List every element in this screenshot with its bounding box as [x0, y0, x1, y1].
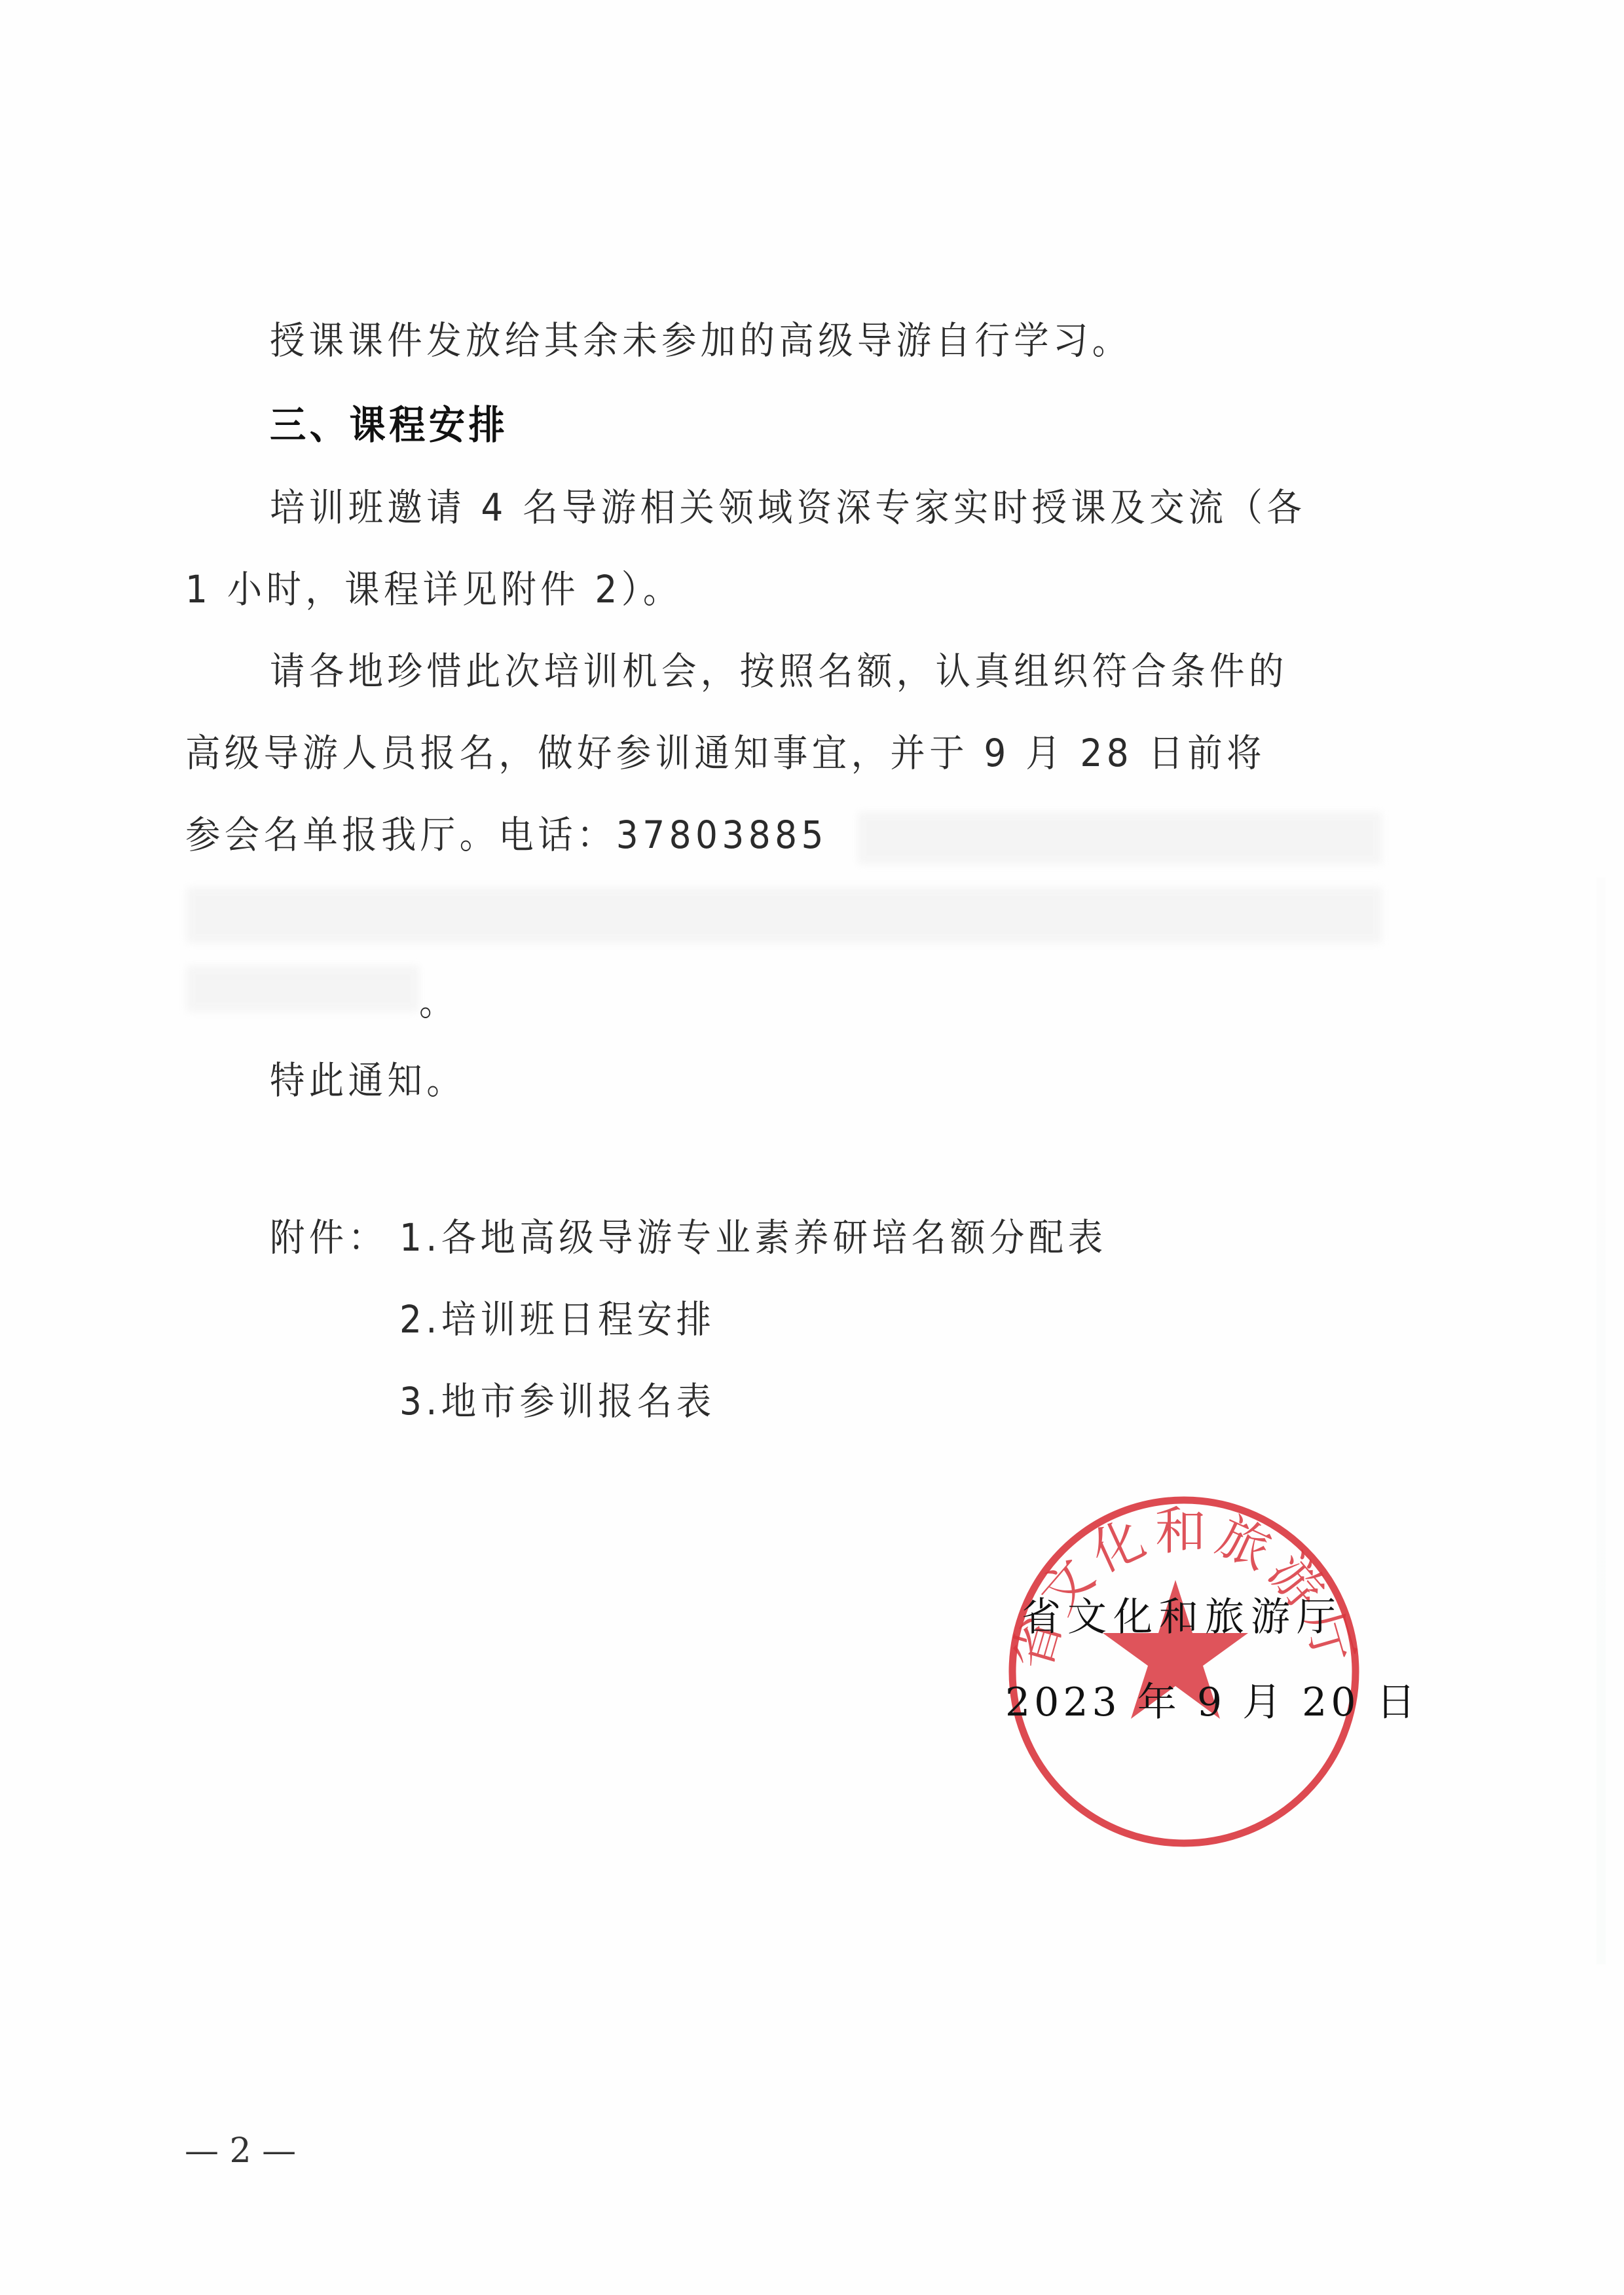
page-number: — 2 — — [185, 2131, 296, 2171]
official-seal-icon: 省文化和旅游厅 — [1004, 1492, 1364, 1852]
paragraph-line-end: 。 — [419, 976, 1522, 1028]
attachment-item: 3.地市参训报名表 — [399, 1375, 715, 1427]
scan-artifact — [1596, 877, 1606, 1964]
paragraph-line: 请各地珍惜此次培训机会，按照名额，认真组织符合条件的 — [270, 645, 1373, 697]
issuer-name: 省文化和旅游厅 — [1022, 1591, 1342, 1643]
attachment-item: 1.各地高级导游专业素养研培名额分配表 — [399, 1211, 1107, 1264]
redacted-region — [187, 966, 419, 1012]
paragraph-line: 高级导游人员报名，做好参训通知事宜，并于 9 月 28 日前将 — [185, 727, 1288, 779]
issue-date: 2023 年 9 月 20 日 — [1005, 1676, 1420, 1729]
document-page: 授课课件发放给其余未参加的高级导游自行学习。 三、课程安排 培训班邀请 4 名导… — [0, 0, 1624, 2295]
paragraph-line: 培训班邀请 4 名导游相关领域资深专家实时授课及交流（各 — [270, 481, 1294, 534]
redacted-region — [858, 812, 1382, 864]
attachment-item: 2.培训班日程安排 — [399, 1293, 715, 1346]
section-heading: 三、课程安排 — [270, 399, 508, 452]
redacted-region — [187, 887, 1382, 943]
attachments-label: 附件： — [270, 1211, 387, 1264]
closing-line: 特此通知。 — [270, 1054, 1373, 1107]
paragraph-line: 授课课件发放给其余未参加的高级导游自行学习。 — [270, 314, 1373, 367]
paragraph-line: 1 小时，课程详见附件 2）。 — [185, 563, 1288, 615]
